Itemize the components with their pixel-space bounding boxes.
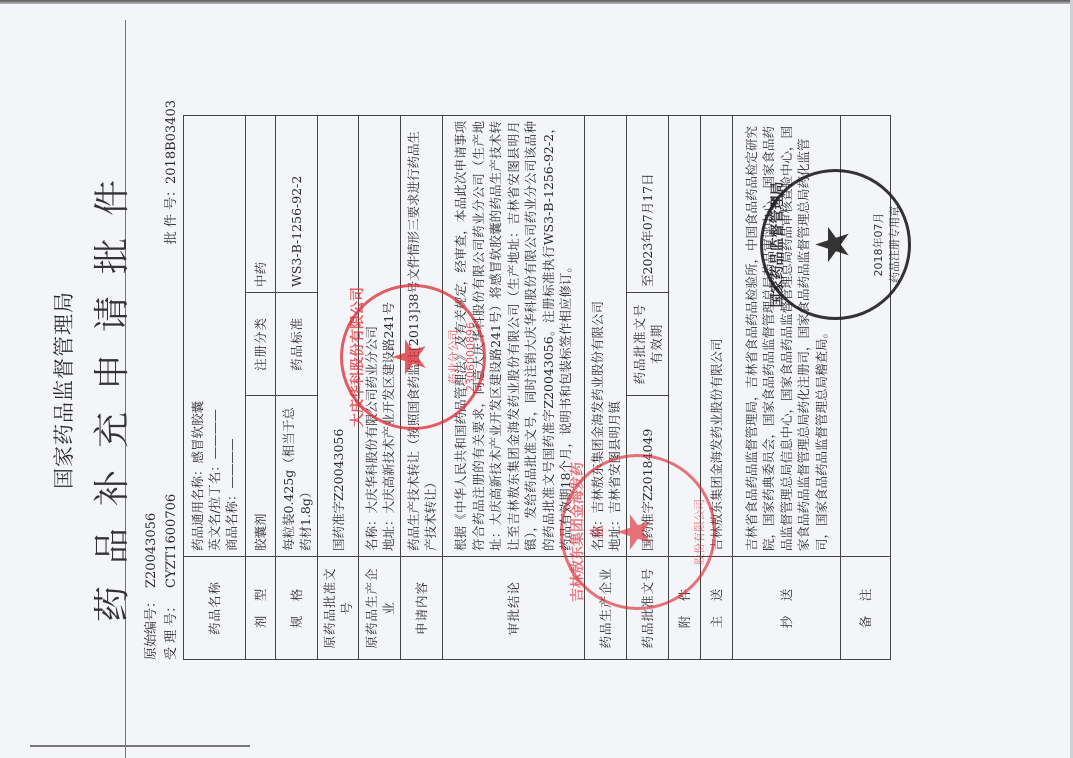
approval-document: 国家药品监督管理局 药品补充申请批件 原始编号：Z20043056 受 理 号：… — [40, 80, 940, 700]
specification-label: 规 格 — [276, 557, 318, 660]
table-row: 剂 型 胶囊剂 注册分类 中药 — [246, 116, 276, 660]
main-recipient-value: 吉林敖东集团金海发药业股份有限公司 — [701, 116, 733, 557]
document-title: 药品补充申请批件 — [84, 80, 135, 700]
review-conclusion-label: 审批结论 — [443, 557, 585, 660]
original-no: Z20043056 — [142, 513, 162, 588]
approval-doc-no: 批 件 号：2018B03403 — [160, 100, 179, 244]
reg-class-value: 中药 — [246, 116, 276, 293]
acceptance-no: CYZT1600706 — [162, 494, 182, 588]
review-text-italic: 及有关规定 — [453, 285, 468, 348]
drug-name-label: 药品名称 — [184, 557, 246, 660]
approval-no-value: 国药准字Z20184049 — [627, 396, 669, 557]
approval-table: 药品名称 药品通用名称：感冒软胶囊 英文名/拉丁名：———— 商品名称：————… — [183, 115, 891, 660]
original-manufacturer-value: 名称：大庆华科股份有限公司药业分公司 地址：大庆高新技术产业开发区建设路241号 — [359, 116, 401, 557]
document-meta: 原始编号：Z20043056 受 理 号：CYZT1600706 — [142, 494, 182, 660]
original-manufacturer-name: 名称：大庆华科股份有限公司药业分公司 — [363, 121, 380, 551]
acceptance-no-label: 受 理 号： — [162, 588, 182, 660]
table-row: 抄 送 吉林省食品药品监督管理局，吉林省食品药品检验所，中国食品药品检定研究院，… — [733, 116, 841, 660]
manufacturer-address: 地址：吉林省安图县明月镇 — [606, 121, 623, 551]
standard-label: 药品标准 — [276, 293, 318, 396]
original-approval-no-label: 原药品批准文号 — [318, 557, 359, 660]
table-row: 审批结论 根据《中华人民共和国药品管理法》及有关规定，经审查，本品此次申请事项符… — [443, 116, 585, 660]
remarks-value — [841, 116, 891, 557]
trade-name: 商品名称：———— — [223, 121, 240, 551]
table-row: 药品批准文号 国药准字Z20184049 药品批准文号有效期 至2023年07月… — [627, 116, 669, 660]
table-row: 主 送 吉林敖东集团金海发药业股份有限公司 — [701, 116, 733, 660]
manufacturer-name: 名称：吉林敖东集团金海发药业股份有限公司 — [589, 121, 606, 551]
table-row: 申请内容 药品生产技术转让（按照国食药监注[2013]38号文件情形三要求进行药… — [401, 116, 443, 660]
original-no-label: 原始编号： — [142, 588, 162, 660]
review-text: ，经审查，本品此次申请事项符合药品注册的有关要求，同意大庆华科股份有限公司药业分… — [453, 121, 573, 551]
review-text: 根据《中华人民共和国药品管理法》 — [453, 349, 468, 551]
validity-label: 药品批准文号有效期 — [627, 293, 669, 396]
validity-value: 至2023年07月17日 — [627, 116, 669, 293]
table-row: 原药品批准文号 国药准字Z20043056 — [318, 116, 359, 660]
drug-name-value: 药品通用名称：感冒软胶囊 英文名/拉丁名：———— 商品名称：———— — [184, 116, 246, 557]
table-row: 附 件 — [669, 116, 701, 660]
table-row: 药品名称 药品通用名称：感冒软胶囊 英文名/拉丁名：———— 商品名称：———— — [184, 116, 246, 660]
dosage-form-label: 剂 型 — [246, 557, 276, 660]
table-row: 规 格 每粒装0.425g（相当于总药材1.8g） 药品标准 WS3-B-125… — [276, 116, 318, 660]
original-manufacturer-address: 地址：大庆高新技术产业开发区建设路241号 — [380, 121, 397, 551]
cc-value: 吉林省食品药品监督管理局，吉林省食品药品检验所，中国食品药品检定研究院，国家药典… — [733, 116, 841, 557]
remarks-label: 备 注 — [841, 557, 891, 660]
attachment-label: 附 件 — [669, 557, 701, 660]
issuing-agency: 国家药品监督管理局 — [48, 80, 78, 700]
attachment-value — [669, 116, 701, 557]
approval-doc-no-value: 2018B03403 — [164, 100, 179, 184]
approval-no-label: 药品批准文号 — [627, 557, 669, 660]
manufacturer-value: 名称：吉林敖东集团金海发药业股份有限公司 地址：吉林省安图县明月镇 — [585, 116, 627, 557]
fold-line — [30, 745, 250, 747]
original-approval-no-value: 国药准字Z20043056 — [318, 116, 359, 557]
english-name: 英文名/拉丁名：———— — [206, 121, 223, 551]
table-row: 原药品生产企业 名称：大庆华科股份有限公司药业分公司 地址：大庆高新技术产业开发… — [359, 116, 401, 660]
cc-label: 抄 送 — [733, 557, 841, 660]
generic-name: 药品通用名称：感冒软胶囊 — [189, 121, 206, 551]
main-recipient-label: 主 送 — [701, 557, 733, 660]
standard-value: WS3-B-1256-92-2 — [276, 116, 318, 293]
dosage-form-value: 胶囊剂 — [246, 396, 276, 557]
table-row: 备 注 — [841, 116, 891, 660]
table-row: 药品生产企业 名称：吉林敖东集团金海发药业股份有限公司 地址：吉林省安图县明月镇 — [585, 116, 627, 660]
manufacturer-label: 药品生产企业 — [585, 557, 627, 660]
approval-doc-no-label: 批 件 号： — [164, 184, 179, 244]
application-content-value: 药品生产技术转让（按照国食药监注[2013]38号文件情形三要求进行药品生产技术… — [401, 116, 443, 557]
reg-class-label: 注册分类 — [246, 293, 276, 396]
original-manufacturer-label: 原药品生产企业 — [359, 557, 401, 660]
scan-edge — [0, 0, 1073, 4]
review-conclusion-value: 根据《中华人民共和国药品管理法》及有关规定，经审查，本品此次申请事项符合药品注册… — [443, 116, 585, 557]
application-content-label: 申请内容 — [401, 557, 443, 660]
specification-value: 每粒装0.425g（相当于总药材1.8g） — [276, 396, 318, 557]
